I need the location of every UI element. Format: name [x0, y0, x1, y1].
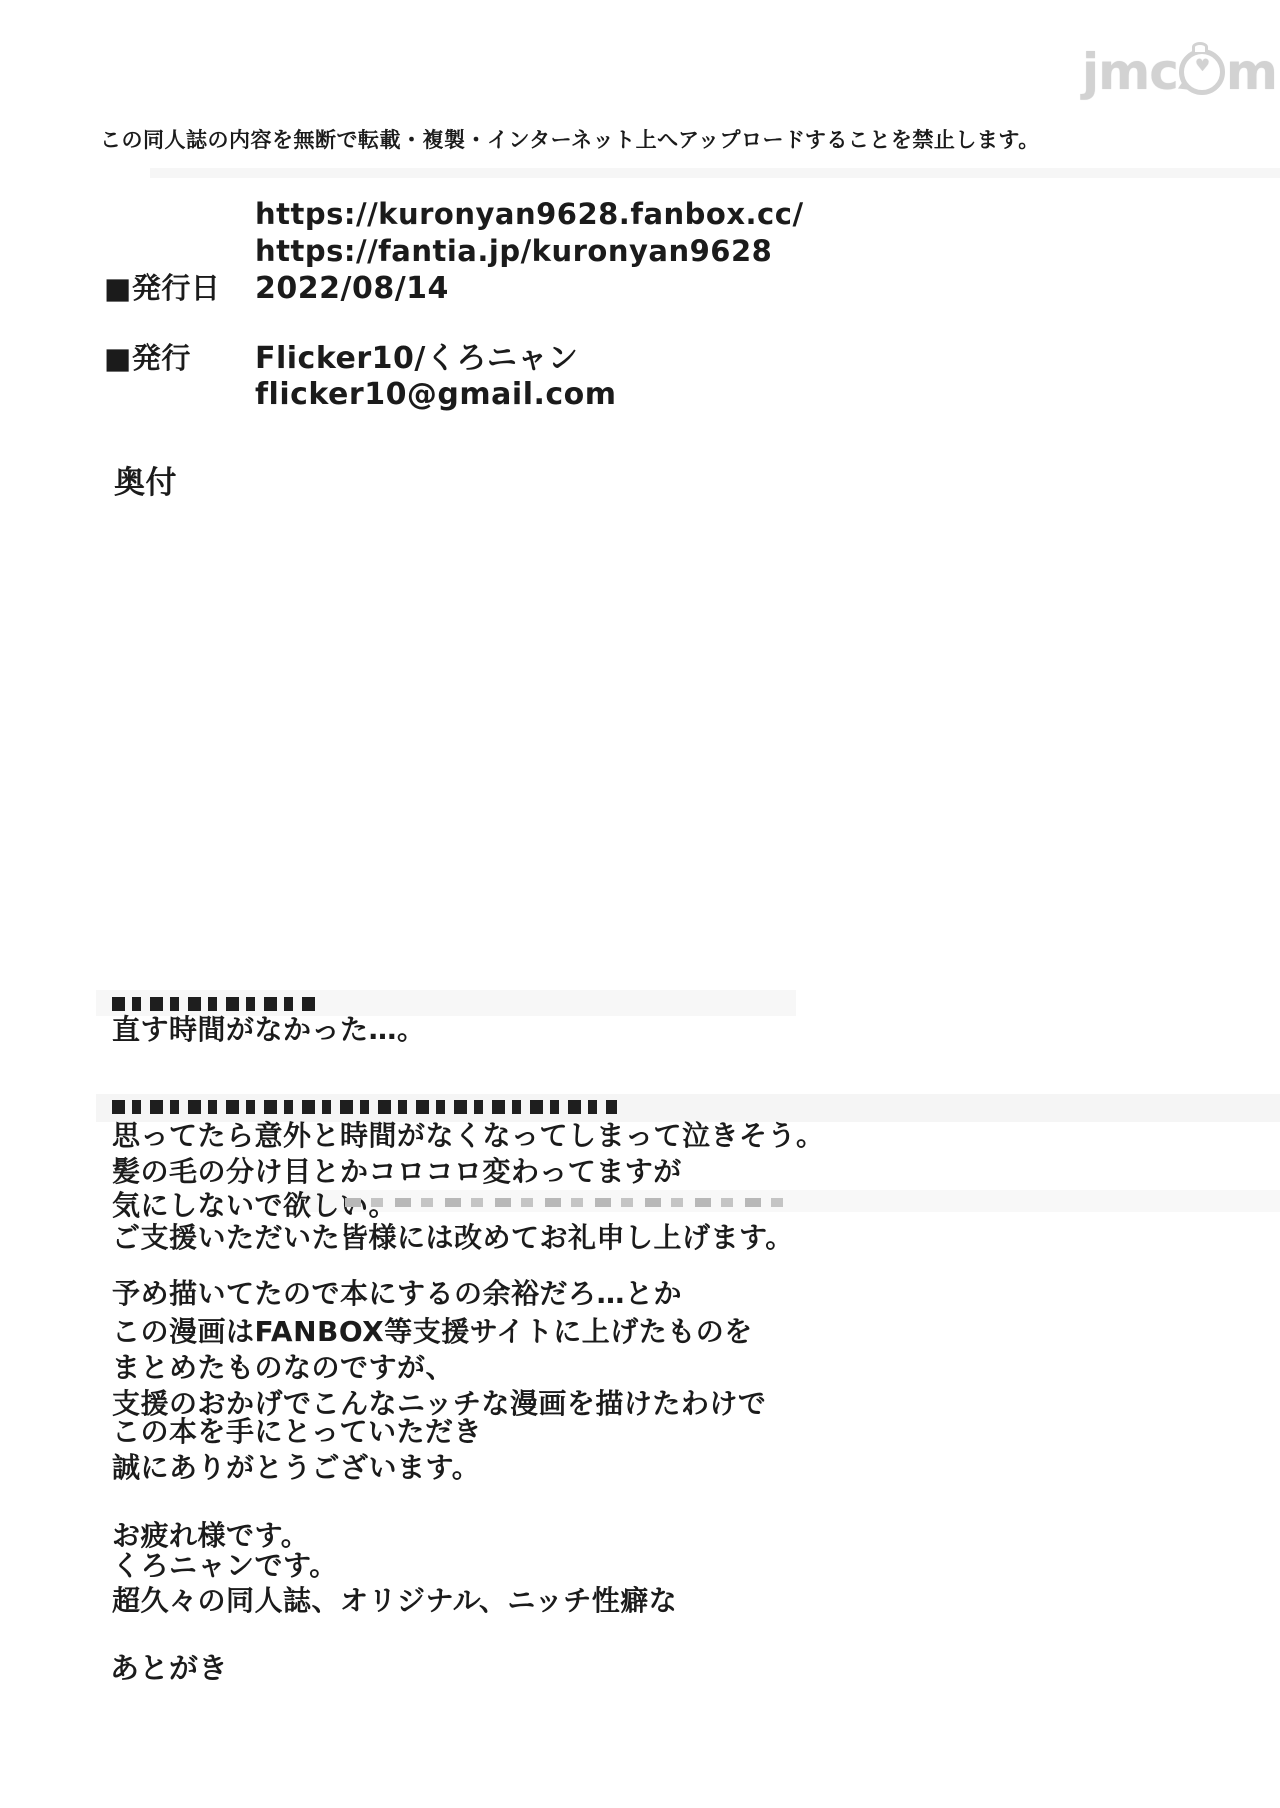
- afterword-line: 思ってたら意外と時間がなくなってしまって泣きそう。: [112, 1120, 825, 1152]
- publish-date-value: 2022/08/14: [255, 272, 449, 307]
- glitch-text-fragment: [112, 997, 317, 1011]
- scanned-doujin-colophon-page: jmc ♥ mic この同人誌の内容を無断で転載・複製・インターネット上へアップ…: [0, 0, 1280, 1808]
- afterword-line: 髪の毛の分け目とかコロコロ変わってますが: [112, 1156, 682, 1188]
- glitch-text-fragment: [112, 1100, 617, 1114]
- copyright-notice: この同人誌の内容を無断で転載・複製・インターネット上へアップロードすることを禁止…: [100, 128, 1040, 152]
- afterword-line: お疲れ様です。: [112, 1520, 309, 1552]
- afterword-line: この漫画はFANBOX等支援サイトに上げたものを: [112, 1316, 753, 1348]
- afterword-line: くろニャンです。: [112, 1550, 338, 1582]
- publisher-email: flicker10@gmail.com: [255, 378, 617, 413]
- afterword-line: まとめたものなのですが、: [112, 1352, 454, 1384]
- publisher-value: Flicker10/くろニャン: [255, 342, 578, 377]
- afterword-line: この本を手にとっていただき: [112, 1416, 482, 1448]
- fanbox-url: https://kuronyan9628.fanbox.cc/: [255, 198, 804, 231]
- afterword-line: 超久々の同人誌、オリジナル、ニッチ性癖な: [112, 1585, 677, 1617]
- afterword-section-title: あとがき: [110, 1652, 228, 1685]
- bird-mascot-icon: ♥: [1179, 49, 1225, 95]
- colophon-section-title: 奥付: [114, 466, 177, 502]
- logo-text-right: mic: [1226, 43, 1280, 101]
- jmcomic-watermark-logo: jmc ♥ mic: [1082, 44, 1280, 100]
- afterword-line: ご支援いただいた皆様には改めてお礼申し上げます。: [112, 1222, 794, 1254]
- afterword-line: 誠にありがとうございます。: [112, 1452, 480, 1484]
- glitch-text-fragment: [345, 1198, 790, 1207]
- logo-text-left: jmc: [1082, 43, 1178, 101]
- afterword-line: 直す時間がなかった…。: [112, 1014, 426, 1046]
- scan-artifact-band: [150, 168, 1280, 178]
- publish-date-label: ■発行日: [104, 272, 220, 305]
- afterword-line: 予め描いてたので本にするの余裕だろ…とか: [112, 1278, 682, 1310]
- publisher-label: ■発行: [104, 342, 191, 375]
- fantia-url: https://fantia.jp/kuronyan9628: [255, 235, 772, 268]
